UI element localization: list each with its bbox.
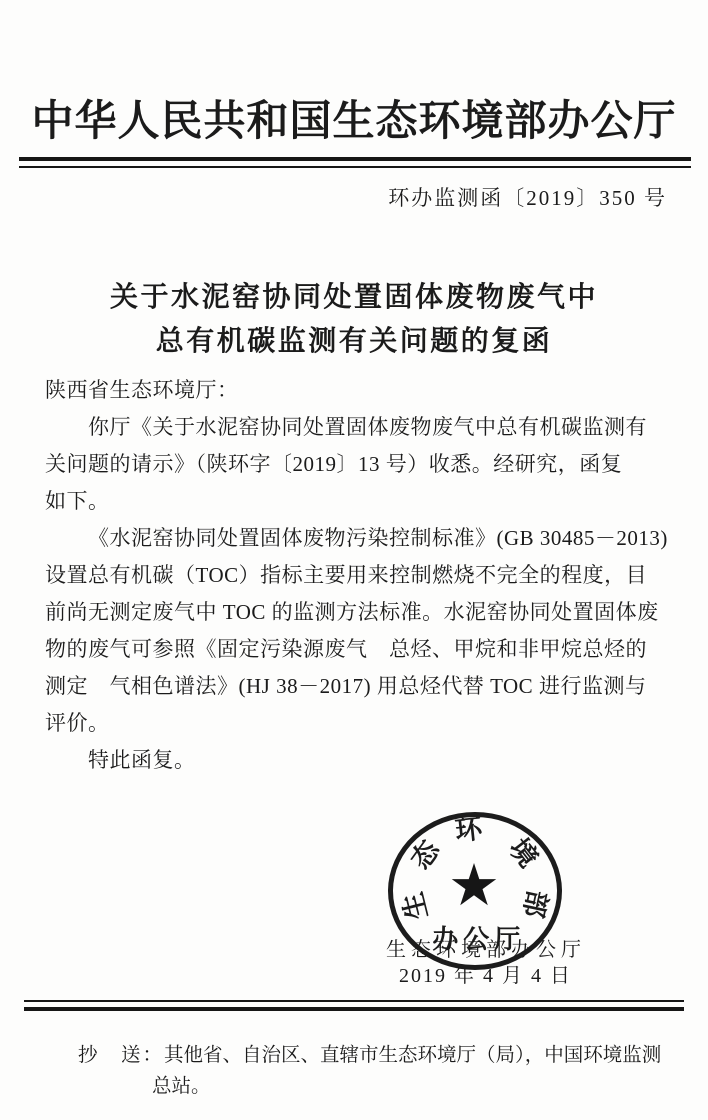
seal-star-icon: ★	[448, 856, 500, 914]
body-line: 物的废气可参照《固定污染源废气 总烃、甲烷和非甲烷总烃的	[45, 631, 663, 668]
document-page: 中华人民共和国生态环境部办公厅 环办监测函〔2019〕350 号 关于水泥窑协同…	[0, 0, 708, 1120]
body-line: 测定 气相色谱法》(HJ 38－2017) 用总烃代替 TOC 进行监测与	[45, 668, 663, 705]
footer-rule-thin	[24, 1000, 684, 1002]
body-line: 你厅《关于水泥窑协同处置固体废物废气中总有机碳监测有	[45, 409, 663, 446]
letter-body: 陕西省生态环境厅： 你厅《关于水泥窑协同处置固体废物废气中总有机碳监测有 关问题…	[45, 372, 663, 779]
document-title-line2: 总有机碳监测有关问题的复函	[0, 320, 708, 364]
salutation: 陕西省生态环境厅：	[45, 372, 663, 409]
signature-date: 2019 年 4 月 4 日	[399, 959, 572, 988]
document-title: 关于水泥窑协同处置固体废物废气中 总有机碳监测有关问题的复函	[0, 276, 708, 364]
footer-rule-thick	[24, 1007, 684, 1011]
cc-recipients: 其他省、自治区、直辖市生态环境厅（局），中国环境监测	[164, 1045, 661, 1066]
closing-line: 特此函复。	[45, 742, 663, 779]
body-line: 关问题的请示》（陕环字〔2019〕13 号）收悉。经研究，函复	[45, 446, 663, 483]
seal-arc-char: 环	[454, 815, 484, 845]
cc-block: 抄 送：其他省、自治区、直辖市生态环境厅（局），中国环境监测 总站。	[78, 1040, 678, 1102]
body-line: 前尚无测定废气中 TOC 的监测方法标准。水泥窑协同处置固体废	[45, 594, 663, 631]
body-line: 《水泥窑协同处置固体废物污染控制标准》(GB 30485－2013)	[45, 520, 663, 557]
body-line: 如下。	[45, 483, 663, 520]
cc-line1: 抄 送：其他省、自治区、直辖市生态环境厅（局），中国环境监测	[78, 1040, 678, 1071]
letterhead-org-title: 中华人民共和国生态环境部办公厅	[0, 88, 708, 148]
body-line: 设置总有机碳（TOC）指标主要用来控制燃烧不完全的程度，目	[45, 557, 663, 594]
document-number: 环办监测函〔2019〕350 号	[388, 182, 667, 212]
document-title-line1: 关于水泥窑协同处置固体废物废气中	[0, 276, 708, 320]
signature-office: 生态环境部办公厅	[386, 933, 586, 962]
letterhead-rule-thick	[19, 157, 691, 161]
seal-arc-char: 态	[407, 836, 445, 874]
cc-line2: 总站。	[78, 1071, 678, 1102]
seal-arc-char: 境	[504, 834, 542, 872]
letterhead-rule-thin	[19, 166, 691, 168]
seal-arc-char: 部	[519, 888, 551, 920]
seal-arc-char: 生	[399, 889, 432, 922]
body-line: 评价。	[45, 705, 663, 742]
cc-label: 抄 送：	[78, 1045, 164, 1066]
